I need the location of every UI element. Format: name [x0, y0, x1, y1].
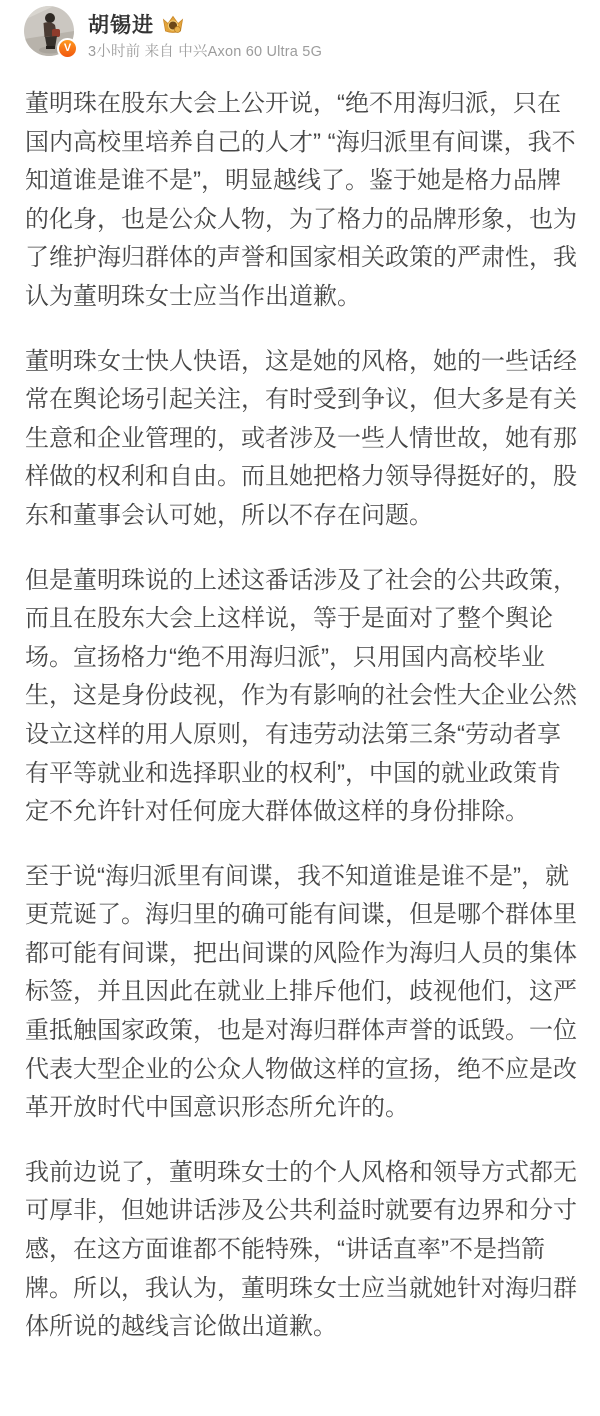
post-paragraph: 董明珠在股东大会上公开说，“绝不用海归派，只在国内高校里培养自己的人才” “海归… [25, 85, 578, 317]
post-paragraph: 至于说“海归派里有间谍，我不知道谁是谁不是”，就更荒诞了。海归里的确可能有间谍，… [25, 858, 578, 1128]
post-paragraph: 董明珠女士快人快语，这是她的风格，她的一些话经常在舆论场引起关注，有时受到争议，… [25, 343, 578, 536]
vip-crown-icon [161, 12, 185, 36]
post-body: 董明珠在股东大会上公开说，“绝不用海归派，只在国内高校里培养自己的人才” “海归… [25, 85, 578, 1347]
weibo-post-card: V 胡锡进 3小时前 来自 中兴Axon 60 Ultra 5G 董明珠在股东大… [0, 0, 600, 1416]
post-header: V 胡锡进 3小时前 来自 中兴Axon 60 Ultra 5G [0, 0, 600, 62]
username[interactable]: 胡锡进 [88, 9, 154, 39]
avatar[interactable]: V [24, 6, 74, 56]
verified-badge-icon: V [57, 38, 78, 59]
post-paragraph: 我前边说了，董明珠女士的个人风格和领导方式都无可厚非，但她讲话涉及公共利益时就要… [25, 1154, 578, 1347]
post-timestamp-source: 3小时前 来自 中兴Axon 60 Ultra 5G [88, 40, 322, 61]
post-paragraph: 但是董明珠说的上述这番话涉及了社会的公共政策，而且在股东大会上这样说，等于是面对… [25, 562, 578, 832]
